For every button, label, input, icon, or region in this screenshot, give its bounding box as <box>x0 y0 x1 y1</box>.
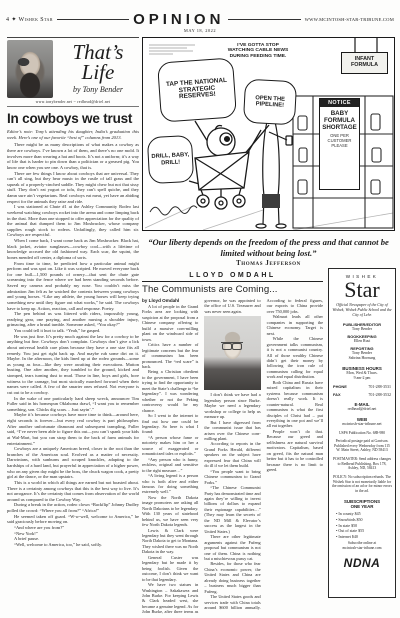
paragraph: “You people want to bring Chinese commun… <box>204 469 260 485</box>
header-rule-right <box>228 19 300 20</box>
usps-line: USPS Publication No. 688-980 <box>332 431 392 436</box>
paragraph: He was just fine. It’s pretty much again… <box>7 334 139 396</box>
mother-speech-text: I’ve gotta stop watching cable news duri… <box>226 43 290 59</box>
star-icon: ✦ <box>11 17 16 23</box>
paragraph: “A living legend is a person who is both… <box>142 473 198 495</box>
paragraph: But I have digressed from the communist … <box>204 420 260 442</box>
communists-article-body: by Lloyd Omdahl A lot of people in the G… <box>142 298 323 615</box>
editorial-cartoon: Tap the National Strategic Reserves! Ope… <box>142 37 395 231</box>
subscriptions-label: SUBSCRIPTIONS ONE YEAR <box>332 499 392 509</box>
subscriptions-label-line2: ONE YEAR <box>351 504 374 509</box>
article-body: There might be as many descriptions of w… <box>7 142 139 547</box>
quote-text: “Our liberty depends on the freedom of t… <box>142 237 395 259</box>
subscription-rates: • In county $45• Snowbirds $50• In state… <box>332 511 392 540</box>
paragraph: “Well, welcome to America, too,” he said… <box>7 542 139 548</box>
column-masthead: That’s Life by Tony Bender <box>7 37 139 98</box>
page-number: 4 <box>6 17 9 23</box>
paragraph: There are few things I know about cowboy… <box>7 171 139 205</box>
section-title: OPINION <box>133 11 224 28</box>
lloyd-omdahl-photo <box>204 316 260 390</box>
notice-title: NOTICE <box>320 99 359 107</box>
paper-name: Wishek Star <box>19 17 53 23</box>
shortage-notice-sign: NOTICE Baby Formula Shortage One per cus… <box>319 98 360 190</box>
email-address: redhead@drtel.net <box>332 407 392 412</box>
header-rule-left <box>57 19 129 20</box>
paragraph: I don’t think we have had a legendary pe… <box>204 392 260 419</box>
attribution-scribble <box>149 45 195 54</box>
paragraph: Being a Christian obedient to the govern… <box>142 369 198 413</box>
speech-bubble-reserves: Tap the National Strategic Reserves! <box>157 57 237 122</box>
notice-main-text: Baby Formula Shortage <box>320 107 359 133</box>
website-url: WWW.MCINTOSH-STAR-TRIBUNE.COM <box>305 17 394 22</box>
subscribe-online-url: mcintosh-star-tribune.com <box>332 546 392 551</box>
subscription-rate: • Internet $40 <box>336 534 392 540</box>
paragraph: The pen behind us was littered with ride… <box>7 311 139 328</box>
paragraph: Besides, for those who fear China’s econ… <box>204 561 260 594</box>
quote-attribution: Thomas Jefferson <box>142 260 395 267</box>
phone-line: PHONE 701-288-3531 <box>332 384 392 389</box>
fax-line: FAX 701-288-3532 <box>332 392 392 397</box>
bookkeeping-name: Ellen Rust <box>332 339 392 344</box>
column-byline: by Tony Bender <box>57 85 139 94</box>
columnist-contact: www.tonybender.net ~ redhead@drtel.net <box>7 98 139 107</box>
newspaper-opinion-page: 4 ✦ Wishek Star OPINION WWW.MCINTOSH-STA… <box>0 0 400 618</box>
phone-label: PHONE <box>333 384 347 389</box>
tony-bender-photo <box>7 40 53 98</box>
paragraph: According to reports in the Grand Forks … <box>204 441 260 468</box>
web-address: mcintosh-star-tribune.net <box>332 422 392 427</box>
thats-life-column: That’s Life by Tony Bender www.tonybende… <box>7 37 139 613</box>
issue-date: MAY 18, 2022 <box>0 28 400 33</box>
pull-quote: “Our liberty depends on the freedom of t… <box>142 237 395 267</box>
newspaper-masthead-box: WISHEK Star Official Newspaper of the Ci… <box>328 268 396 598</box>
reporter-name: Sabrina Hornung <box>332 356 392 361</box>
paragraph: Critics have a number of legitimate conc… <box>142 342 198 369</box>
column-title-block: That’s Life by Tony Bender <box>57 40 139 94</box>
paragraph: In the wake of one particularly hard she… <box>7 396 139 413</box>
paragraph: Cowboys are a uniquely American breed, c… <box>7 446 139 480</box>
paragraph: This is a world in which all things are … <box>7 480 139 503</box>
paragraph: He seemed taken off guard. “W-w-well, we… <box>7 514 139 525</box>
communists-headline: The Communists are Coming... <box>142 284 323 295</box>
article-byline: by Lloyd Omdahl <box>142 298 198 303</box>
glasses-detail <box>221 342 243 348</box>
masthead-name: Star <box>332 279 392 301</box>
paragraph: Walmart leads all other companies in sup… <box>267 314 323 336</box>
paragraph: “A person whose fame or notoriety makes … <box>142 435 198 457</box>
postmaster-notice: POSTMASTER: Send address changes to Redh… <box>332 457 392 471</box>
paragraph: Maybe it’s because cowboys have more tim… <box>7 412 139 446</box>
page-header: 4 ✦ Wishek Star OPINION WWW.MCINTOSH-STA… <box>6 11 394 28</box>
masthead-tagline: Official Newspaper of the City of Wishek… <box>332 303 392 318</box>
infant-formula-sign: Infant Formula <box>341 52 388 74</box>
publisher-name: Tony Bender <box>332 327 392 332</box>
fax-label: FAX <box>333 392 341 397</box>
article-headline: In cowboys we trust <box>7 111 139 126</box>
phone-number: 701-288-3531 <box>368 384 391 389</box>
paragraph: General Custer was legendary but he made… <box>142 555 198 582</box>
policy-notice: POLICY: No subscription refunds. The Wis… <box>332 475 392 494</box>
paragraph: Now the North Dakota image promoters are… <box>142 495 198 528</box>
editors-note: Editor’s note: Tony’s attending his daug… <box>7 129 139 140</box>
article-rule <box>142 281 323 282</box>
paragraph: There are other legitimate arguments aga… <box>204 534 260 561</box>
columnist-name-label: LLOYD OMDAHL <box>142 272 323 279</box>
ndna-logo: NDNA <box>344 556 381 570</box>
paragraph: I was stationed at Chute #1 at the Ashle… <box>7 204 139 238</box>
paragraph: A lot of people in the Grand Forks area … <box>142 304 198 342</box>
paragraph: There might be as many descriptions of w… <box>7 142 139 170</box>
paragraph: While the Chinese government talks commu… <box>267 336 323 380</box>
paragraph: “Any person who is funny, reckless, orig… <box>142 457 198 473</box>
speech-bubble-drill: Drill, Baby, Drill! <box>147 135 194 184</box>
hours-times: 9 am-2 pm <box>332 376 392 381</box>
paragraph: During a break in the action, rodeo clow… <box>7 502 139 513</box>
speech-bubble-pipeline: Open the Pipeline! <box>243 79 297 126</box>
paragraph: “The Chinese Communist Party has demonst… <box>204 485 260 534</box>
paragraph: When I come back, I want come back as Ji… <box>7 238 139 261</box>
notice-sub-text: One per customer please <box>320 133 359 148</box>
paragraph: People won’t do that. Because our greed … <box>267 429 323 473</box>
fax-number: 701-288-3532 <box>368 392 391 397</box>
paragraph: So I went to the internet to find out ho… <box>142 413 198 435</box>
paragraph: From time to time, he predicted how a pa… <box>7 261 139 312</box>
paragraph: Both China and Russia have mixed capital… <box>267 380 323 429</box>
column-title: That’s Life <box>57 43 139 83</box>
paragraph: Lewis & Clark were legendary but they we… <box>142 528 198 555</box>
postage-notice: Periodical postage paid at Garrison. Pub… <box>332 439 392 453</box>
page-number-and-name: 4 ✦ Wishek Star <box>6 16 53 23</box>
